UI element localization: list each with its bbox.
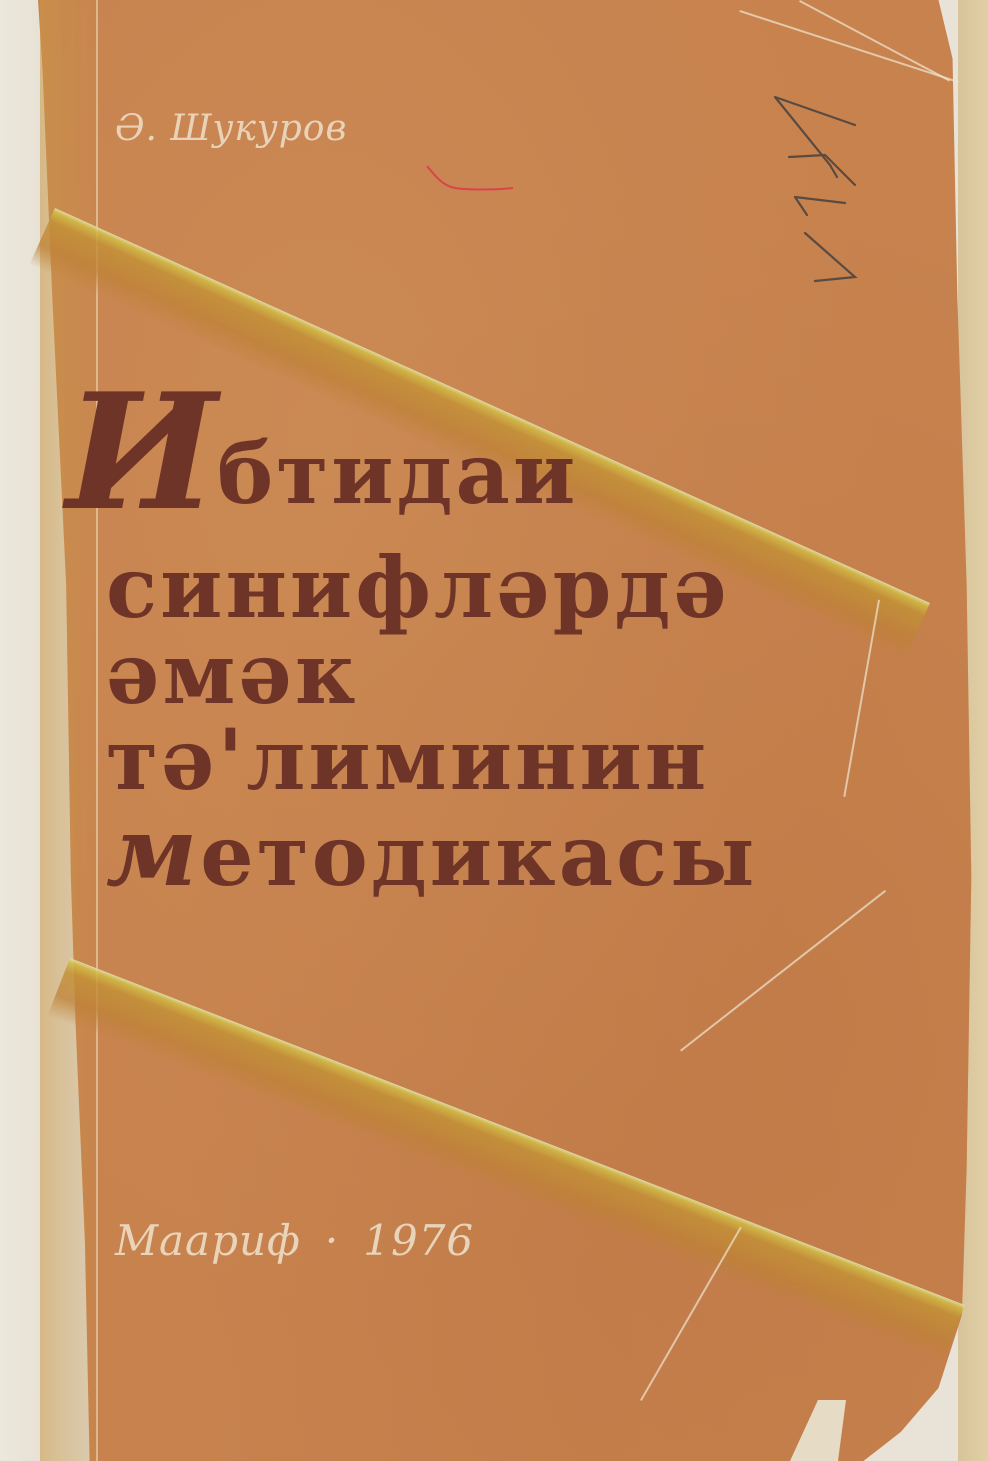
title-line-1: Ибтидаи bbox=[66, 388, 758, 546]
title-line-2: синифләрдә bbox=[66, 546, 758, 632]
title-initial: И bbox=[66, 388, 217, 516]
book-title: Ибтидаи синифләрдә әмәк тә'лиминин метод… bbox=[66, 388, 758, 890]
publisher-name: Маариф bbox=[115, 1216, 301, 1265]
publisher-line: Маариф·1976 bbox=[115, 1216, 474, 1265]
title-line-5: методикасы bbox=[66, 804, 758, 890]
red-pen-mark bbox=[425, 162, 515, 194]
author-name: Ә. Шукуров bbox=[115, 108, 347, 149]
title-line-3: әмәк bbox=[66, 632, 758, 718]
title-line-4: тә'лиминин bbox=[66, 718, 758, 804]
publication-year: 1976 bbox=[363, 1216, 474, 1265]
pencil-scribble-icon bbox=[755, 85, 865, 315]
book-cover-scan: Ә. Шукуров Ибтидаи синифләрдә әмәк тә'ли… bbox=[0, 0, 988, 1461]
separator-dot: · bbox=[301, 1216, 363, 1265]
